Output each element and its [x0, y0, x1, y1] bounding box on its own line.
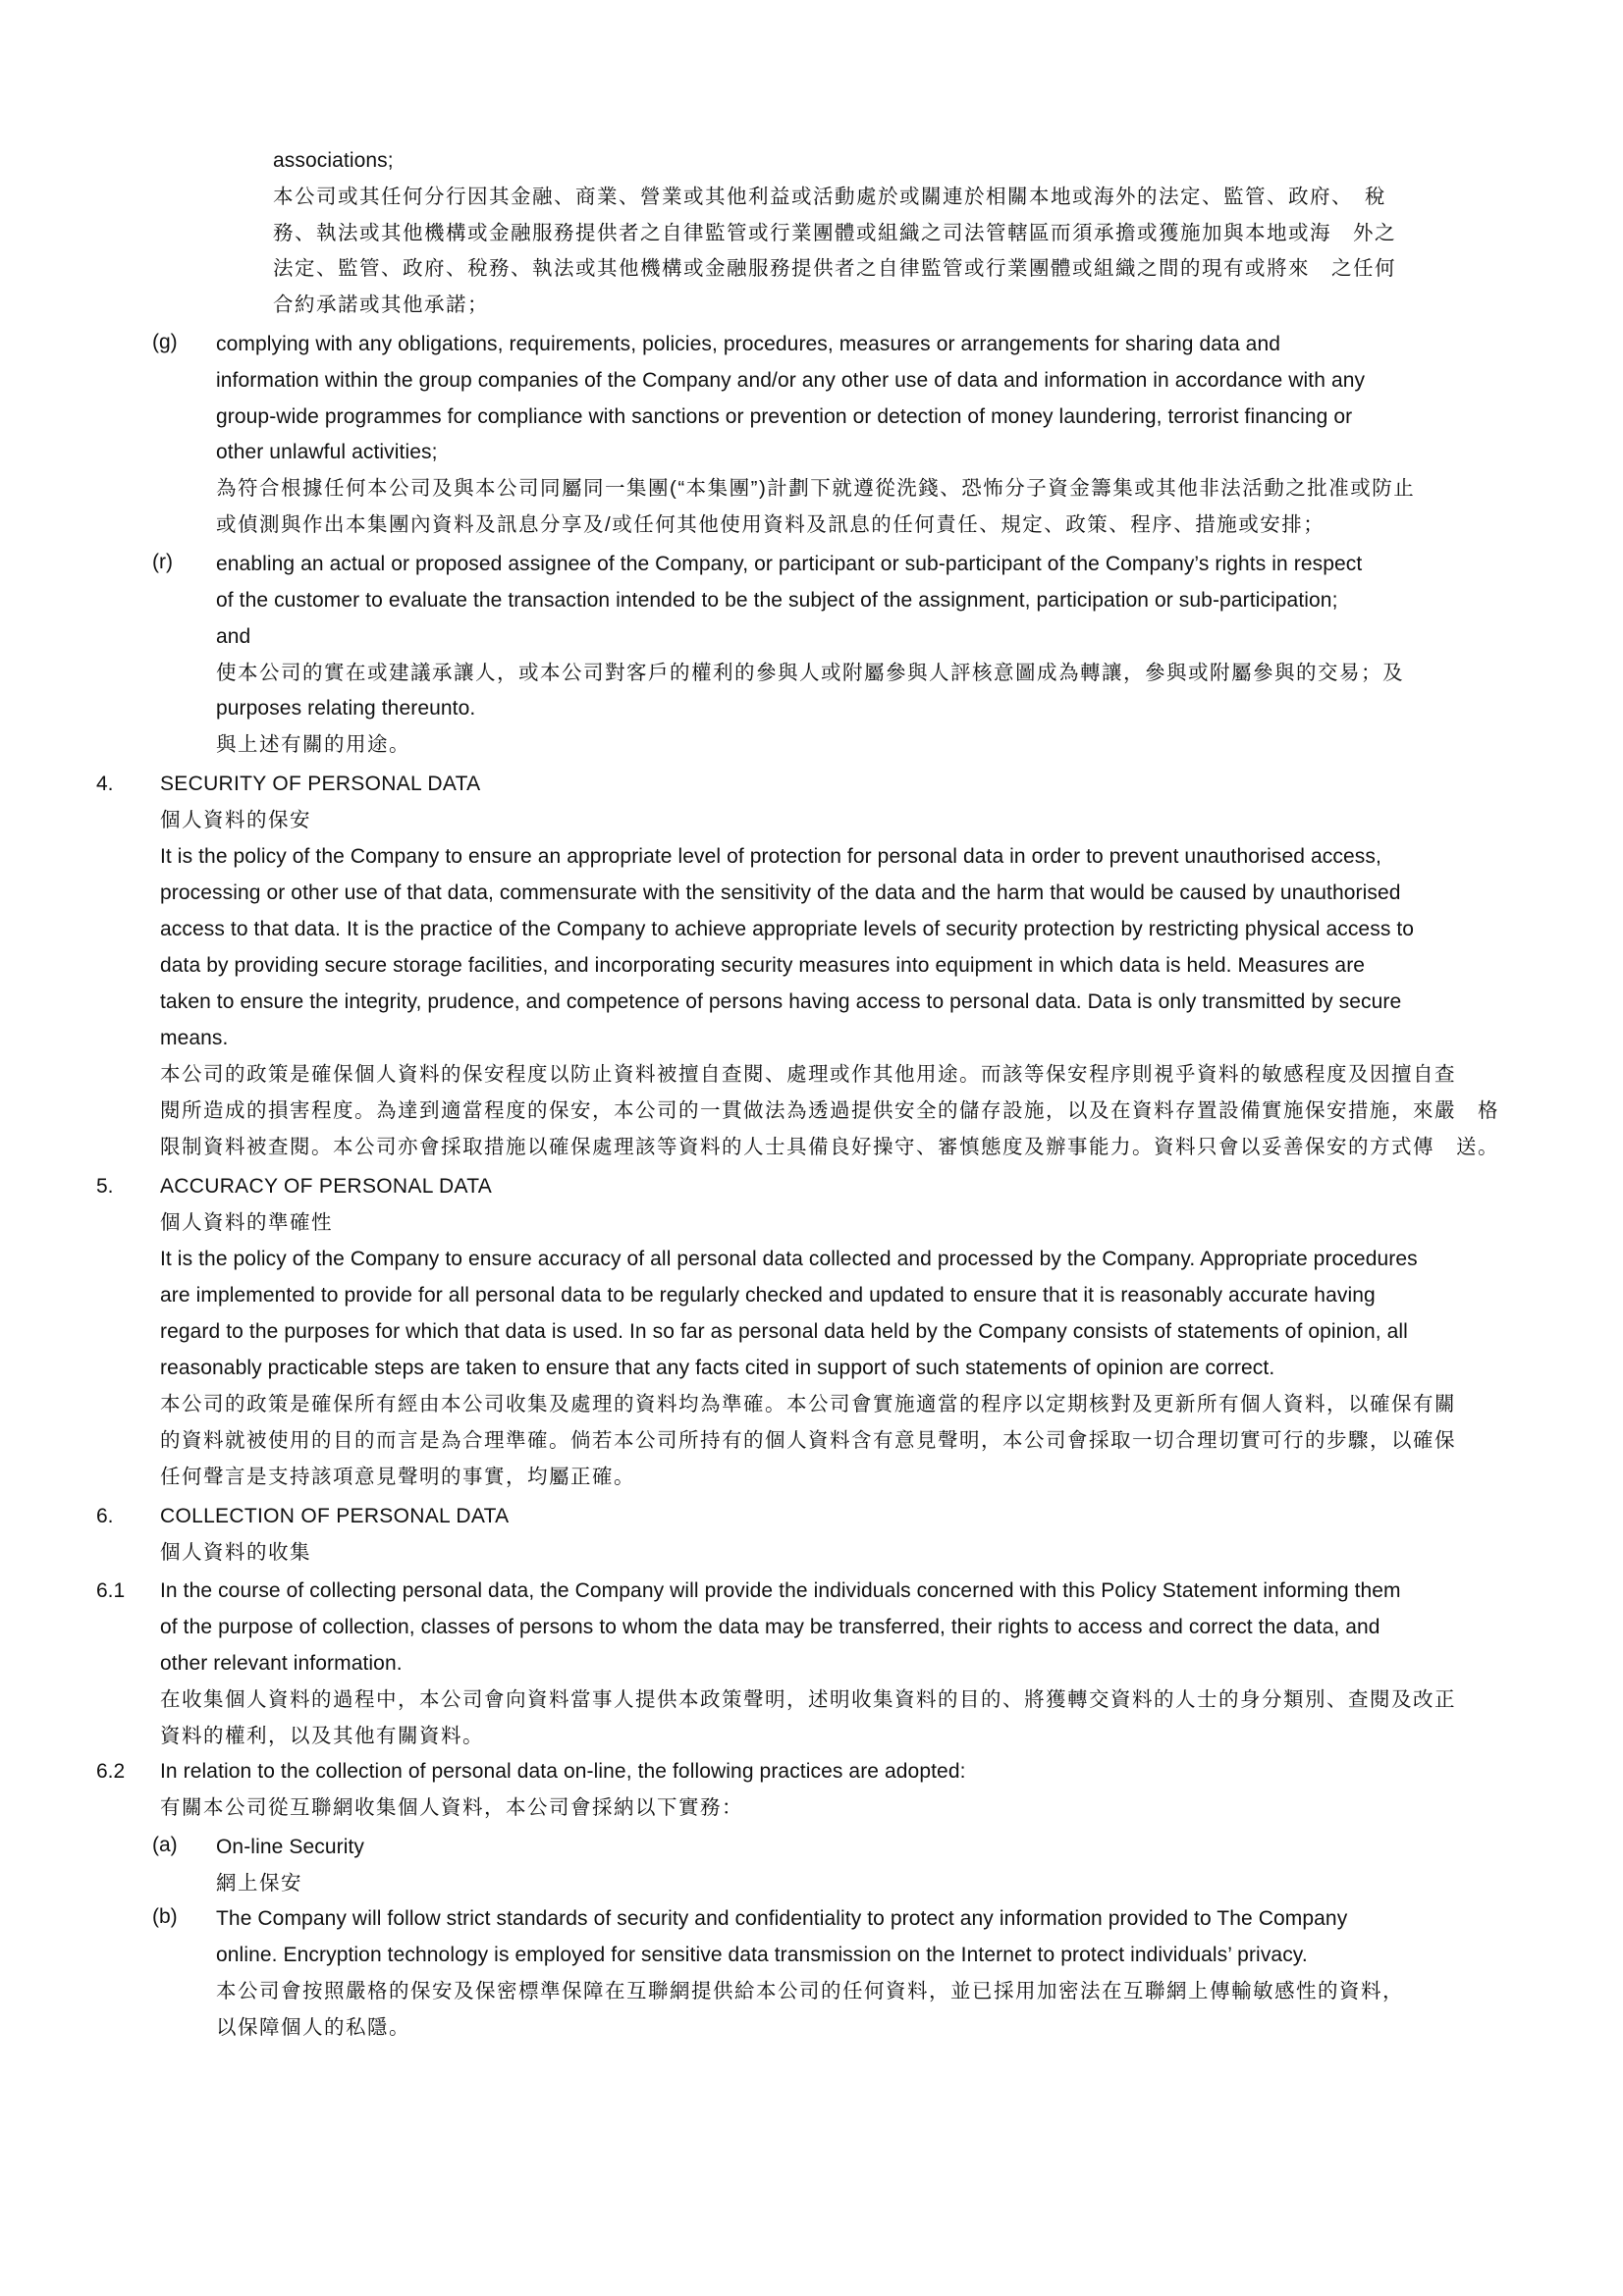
item-a-marker: (a) — [152, 1832, 178, 1859]
item-b-zh-line: 以保障個人的私隱。 — [216, 2014, 410, 2042]
section-4-zh-line: 閱所造成的損害程度。為達到適當程度的保安，本公司的一貫做法為透過提供安全的儲存設… — [160, 1097, 1499, 1125]
section-5-en-line: reasonably practicable steps are taken t… — [160, 1355, 1274, 1382]
item-g-en-line: complying with any obligations, requirem… — [216, 331, 1280, 358]
section-5-en-line: regard to the purposes for which that da… — [160, 1318, 1408, 1346]
section-4-en-line: processing or other use of that data, co… — [160, 880, 1401, 907]
section-4-en-line: data by providing secure storage facilit… — [160, 952, 1365, 980]
continuation-zh-line: 法定、監管、政府、稅務、執法或其他機構或金融服務提供者之自律監管或行業團體或組織… — [273, 255, 1396, 283]
section-6-title: COLLECTION OF PERSONAL DATA — [160, 1503, 509, 1530]
section-5-en-line: It is the policy of the Company to ensur… — [160, 1246, 1418, 1273]
item-r-en-line: of the customer to evaluate the transact… — [216, 587, 1338, 614]
item-b-zh-line: 本公司會按照嚴格的保安及保密標準保障在互聯網提供給本公司的任何資料，並已採用加密… — [216, 1978, 1404, 2005]
section-6-title-zh: 個人資料的收集 — [160, 1539, 311, 1567]
item-g-en-line: group-wide programmes for compliance wit… — [216, 403, 1352, 431]
section-6-1-zh-line: 在收集個人資料的過程中，本公司會向資料當事人提供本政策聲明，述明收集資料的目的、… — [160, 1686, 1456, 1714]
item-r-en-line: enabling an actual or proposed assignee … — [216, 551, 1362, 578]
section-4-en-line: taken to ensure the integrity, prudence,… — [160, 988, 1401, 1016]
item-r-zh-line: 使本公司的實在或建議承讓人，或本公司對客戶的權利的參與人或附屬參與人評核意圖成為… — [216, 660, 1404, 687]
item-a-zh: 網上保安 — [216, 1870, 302, 1897]
section-5-en-line: are implemented to provide for all perso… — [160, 1282, 1376, 1309]
section-5-zh-line: 本公司的政策是確保所有經由本公司收集及處理的資料均為準確。本公司會實施適當的程序… — [160, 1391, 1456, 1418]
item-r-en-line: and — [216, 623, 250, 651]
section-5-title-zh: 個人資料的準確性 — [160, 1209, 333, 1237]
continuation-zh-line: 本公司或其任何分行因其金融、商業、營業或其他利益或活動處於或關連於相關本地或海外… — [273, 184, 1386, 211]
section-6-1-zh-line: 資料的權利，以及其他有關資料。 — [160, 1723, 484, 1750]
section-6-number: 6. — [96, 1503, 114, 1530]
item-r-zh-line: 與上述有關的用途。 — [216, 731, 410, 759]
section-4-en-line: It is the policy of the Company to ensur… — [160, 843, 1381, 871]
item-g-marker: (g) — [152, 329, 178, 356]
item-r-marker: (r) — [152, 549, 173, 576]
item-b-en-line: online. Encryption technology is employe… — [216, 1942, 1308, 1969]
continuation-zh-line: 合約承諾或其他承諾； — [273, 292, 489, 319]
document-page: associations; 本公司或其任何分行因其金融、商業、營業或其他利益或活… — [0, 0, 1623, 2296]
item-g-en-line: information within the group companies o… — [216, 367, 1365, 395]
section-5-zh-line: 任何聲言是支持該項意見聲明的事實，均屬正確。 — [160, 1464, 635, 1491]
section-4-number: 4. — [96, 771, 114, 798]
section-4-title: SECURITY OF PERSONAL DATA — [160, 771, 480, 798]
section-6-1-en-line: of the purpose of collection, classes of… — [160, 1614, 1380, 1641]
section-4-zh-line: 限制資料被查閱。本公司亦會採取措施以確保處理該等資料的人士具備良好操守、審慎態度… — [160, 1134, 1499, 1161]
item-r-en-line: purposes relating thereunto. — [216, 695, 475, 722]
section-6-1-number: 6.1 — [96, 1577, 125, 1605]
section-4-title-zh: 個人資料的保安 — [160, 807, 311, 834]
item-b-marker: (b) — [152, 1903, 178, 1931]
item-a-en: On-line Security — [216, 1834, 364, 1861]
item-b-en-line: The Company will follow strict standards… — [216, 1905, 1347, 1933]
item-g-zh-line: 或偵測與作出本集團內資料及訊息分享及/或任何其他使用資料及訊息的任何責任、規定、… — [216, 511, 1325, 539]
continuation-zh-line: 務、執法或其他機構或金融服務提供者之自律監管或行業團體或組織之司法管轄區而須承擔… — [273, 220, 1396, 247]
item-g-en-line: other unlawful activities; — [216, 439, 438, 466]
section-5-number: 5. — [96, 1173, 114, 1201]
section-4-en-line: access to that data. It is the practice … — [160, 916, 1414, 943]
section-5-zh-line: 的資料就被使用的目的而言是為合理準確。倘若本公司所持有的個人資料含有意見聲明，本… — [160, 1427, 1456, 1455]
section-6-2-zh-line: 有關本公司從互聯網收集個人資料，本公司會採納以下實務： — [160, 1794, 743, 1822]
section-6-1-en-line: other relevant information. — [160, 1650, 403, 1678]
section-4-zh-line: 本公司的政策是確保個人資料的保安程度以防止資料被擅自查閱、處理或作其他用途。而該… — [160, 1061, 1456, 1089]
continuation-en-line: associations; — [273, 147, 394, 175]
section-4-en-line: means. — [160, 1025, 228, 1052]
section-6-2-number: 6.2 — [96, 1758, 125, 1786]
item-g-zh-line: 為符合根據任何本公司及與本公司同屬同一集團(“本集團”)計劃下就遵從洗錢、恐怖分… — [216, 475, 1415, 503]
section-6-2-en-line: In relation to the collection of persona… — [160, 1758, 966, 1786]
section-6-1-en-line: In the course of collecting personal dat… — [160, 1577, 1401, 1605]
section-5-title: ACCURACY OF PERSONAL DATA — [160, 1173, 492, 1201]
